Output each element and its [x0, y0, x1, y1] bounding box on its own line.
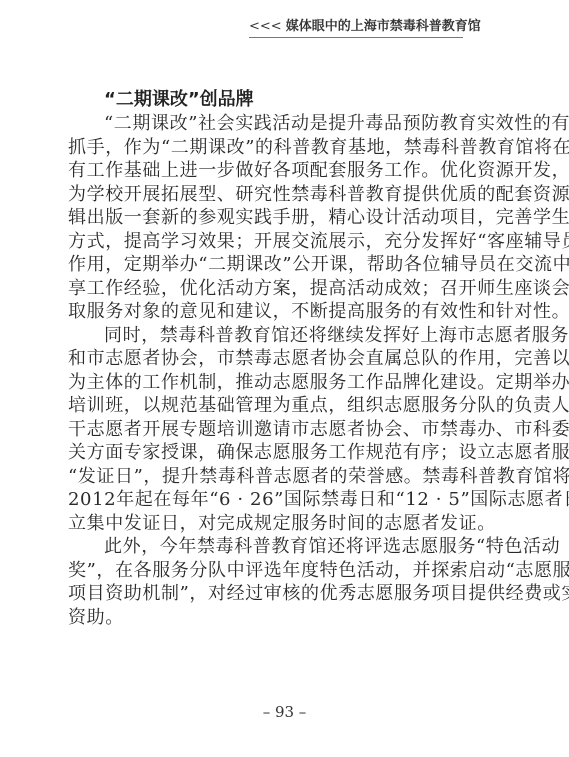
paragraph-3-line: 奖”，在各服务分队中评选年度特色活动，并探索启动“志愿服务: [68, 559, 502, 583]
paragraph-1-line: 抓手，作为“二期课改”的科普教育基地，禁毒科普教育馆将在原: [68, 136, 502, 160]
header-title: 媒体眼中的上海市禁毒科普教育馆: [286, 19, 481, 34]
paragraph-2-line: 立集中发证日，对完成规定服务时间的志愿者发证。: [68, 512, 502, 536]
paragraph-2-line: 培训班，以规范基础管理为重点，组织志愿服务分队的负责人和骨: [68, 394, 502, 418]
paragraph-3-line: 项目资助机制”，对经过审核的优秀志愿服务项目提供经费或实物: [68, 582, 502, 606]
paragraph-2-line: 为主体的工作机制，推动志愿服务工作品牌化建设。定期举办骨干: [68, 371, 502, 395]
running-header: <<<媒体眼中的上海市禁毒科普教育馆: [249, 19, 463, 38]
paragraph-2-line: 2012年起在每年“6 · 26”国际禁毒日和“12 · 5”国际志愿者日设: [68, 488, 502, 512]
paragraph-1-line: 辑出版一套新的参观实践手册，精心设计活动项目，完善学生学习: [68, 206, 502, 230]
paragraph-1-line: 取服务对象的意见和建议，不断提高服务的有效性和针对性。: [68, 300, 502, 324]
page-number: – 93 –: [0, 703, 569, 721]
header-arrows: <<<: [249, 19, 282, 34]
paragraph-2-line: 干志愿者开展专题培训邀请市志愿者协会、市禁毒办、市科委等有: [68, 418, 502, 442]
paragraph-2-line: “发证日”，提升禁毒科普志愿者的荣誉感。禁毒科普教育馆将从: [68, 465, 502, 489]
paragraph-1-line: 享工作经验，优化活动方案，提高活动成效；召开师生座谈会，听: [68, 277, 502, 301]
section-heading: “二期课改”创品牌: [104, 88, 254, 112]
paragraph-3-line: 资助。: [68, 606, 502, 630]
paragraph-2-line: 关方面专家授课，确保志愿服务工作规范有序；设立志愿者服务证: [68, 441, 502, 465]
paragraph-3-line: 此外，今年禁毒科普教育馆还将评选志愿服务“特色活动: [68, 535, 502, 559]
paragraph-2-line: 同时，禁毒科普教育馆还将继续发挥好上海市志愿者服务基地: [68, 324, 502, 348]
paragraph-2-line: 和市志愿者协会，市禁毒志愿者协会直属总队的作用，完善以分队: [68, 347, 502, 371]
paragraph-1-line: 方式，提高学习效果；开展交流展示，充分发挥好“客座辅导员”: [68, 230, 502, 254]
body-text: “二期课改”社会实践活动是提升毒品预防教育实效性的有力 抓手，作为“二期课改”的…: [68, 112, 502, 629]
paragraph-1-line: 作用，定期举办“二期课改”公开课，帮助各位辅导员在交流中分: [68, 253, 502, 277]
paragraph-1-line: 有工作基础上进一步做好各项配套服务工作。优化资源开发，努力: [68, 159, 502, 183]
paragraph-1-line: 为学校开展拓展型、研究性禁毒科普教育提供优质的配套资源，编: [68, 183, 502, 207]
paragraph-1-line: “二期课改”社会实践活动是提升毒品预防教育实效性的有力: [68, 112, 502, 136]
